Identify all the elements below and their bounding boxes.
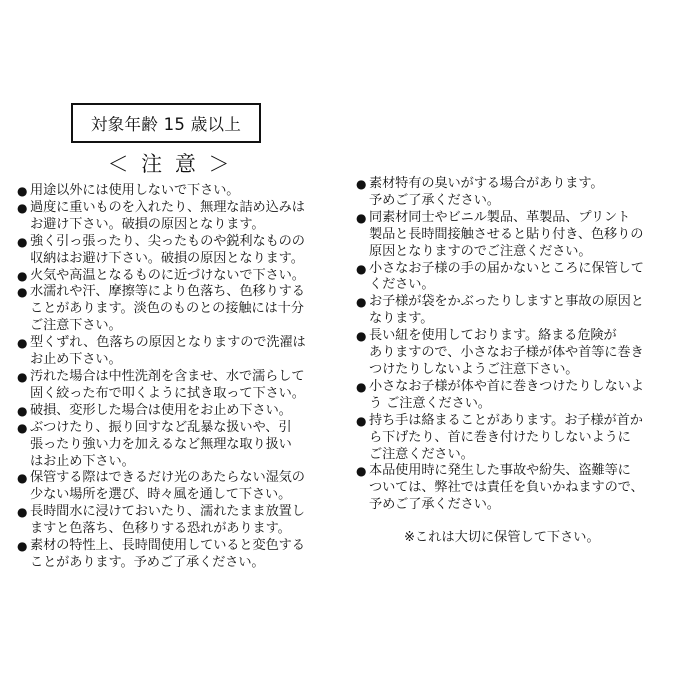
age-restriction-label: 対象年齢 15 歳以上 xyxy=(91,111,241,135)
caution-item-text: 型くずれ、色落ちの原因となりますので洗濯はお止め下さい。 xyxy=(30,335,337,369)
caution-line: 予めご了承ください。 xyxy=(369,193,676,210)
caution-line: 張ったり強い力を加えるなど無理な取り扱い xyxy=(30,437,337,454)
caution-line: ください。 xyxy=(369,277,676,294)
caution-item: ●火気や高温となるものに近づけないで下さい。 xyxy=(17,268,337,285)
caution-item-text: ぶつけたり、振り回すなど乱暴な扱いや、引張ったり強い力を加えるなど無理な取り扱い… xyxy=(30,420,337,471)
bullet-icon: ● xyxy=(17,200,30,234)
bullet-icon: ● xyxy=(17,504,30,538)
caution-item-text: 用途以外には使用しないで下さい。 xyxy=(30,183,337,200)
bullet-icon: ● xyxy=(17,420,30,471)
caution-item: ●強く引っ張ったり、尖ったものや鋭利なものの収納はお避け下さい。破損の原因となり… xyxy=(17,234,337,268)
caution-line: 同素材同士やビニル製品、革製品、プリント xyxy=(369,210,676,227)
bullet-icon: ● xyxy=(17,369,30,403)
caution-line: お避け下さい。破損の原因となります。 xyxy=(30,217,337,234)
caution-line: 火気や高温となるものに近づけないで下さい。 xyxy=(30,268,337,285)
bullet-icon: ● xyxy=(356,261,369,295)
caution-item-text: 長い紐を使用しております。絡まる危険がありますので、小さなお子様が体や首等に巻き… xyxy=(369,328,676,379)
bullet-icon: ● xyxy=(356,463,369,514)
caution-item-text: 破損、変形した場合は使用をお止め下さい。 xyxy=(30,403,337,420)
caution-item-text: 本品使用時に発生した事故や紛失、盗難等については、弊社では責任を負いかねますので… xyxy=(369,463,676,514)
bullet-icon: ● xyxy=(17,335,30,369)
caution-item-text: 水濡れや汗、摩擦等により色落ち、色移りすることがあります。淡色のものとの接触には… xyxy=(30,284,337,335)
bullet-icon: ● xyxy=(356,210,369,261)
caution-heading: ＜ 注 意 ＞ xyxy=(100,148,240,178)
caution-line: ら下げたり、首に巻き付けたりしないように xyxy=(369,430,676,447)
bullet-icon: ● xyxy=(356,413,369,464)
caution-item: ●小さなお子様の手の届かないところに保管してください。 xyxy=(356,261,676,295)
caution-item: ●ぶつけたり、振り回すなど乱暴な扱いや、引張ったり強い力を加えるなど無理な取り扱… xyxy=(17,420,337,471)
storage-footnote: ※これは大切に保管して下さい。 xyxy=(404,526,600,545)
caution-line: ぶつけたり、振り回すなど乱暴な扱いや、引 xyxy=(30,420,337,437)
caution-line: 素材特有の臭いがする場合があります。 xyxy=(369,176,676,193)
bullet-icon: ● xyxy=(356,328,369,379)
caution-item: ●素材特有の臭いがする場合があります。予めご了承ください。 xyxy=(356,176,676,210)
caution-item-text: 同素材同士やビニル製品、革製品、プリント製品と長時間接触させると貼り付き、色移り… xyxy=(369,210,676,261)
caution-item: ●用途以外には使用しないで下さい。 xyxy=(17,183,337,200)
caution-item: ●小さなお子様が体や首に巻きつけたりしないよう ご注意ください。 xyxy=(356,379,676,413)
caution-line: 小さなお子様が体や首に巻きつけたりしないよ xyxy=(369,379,676,396)
caution-item: ●保管する際はできるだけ光のあたらない湿気の少ない場所を選び、時々風を通して下さ… xyxy=(17,470,337,504)
caution-item-text: 過度に重いものを入れたり、無理な詰め込みはお避け下さい。破損の原因となります。 xyxy=(30,200,337,234)
caution-line: なります。 xyxy=(369,311,676,328)
caution-list-right: ●素材特有の臭いがする場合があります。予めご了承ください。●同素材同士やビニル製… xyxy=(356,176,676,514)
caution-line: 固く絞った布で叩くように拭き取って下さい。 xyxy=(30,386,337,403)
caution-line: 少ない場所を選び、時々風を通して下さい。 xyxy=(30,487,337,504)
caution-item: ●持ち手は絡まることがあります。お子様が首から下げたり、首に巻き付けたりしないよ… xyxy=(356,413,676,464)
caution-line: 製品と長時間接触させると貼り付き、色移りの xyxy=(369,227,676,244)
caution-item: ●素材の特性上、長時間使用していると変色することがあります。予めご了承ください。 xyxy=(17,538,337,572)
caution-item: ●本品使用時に発生した事故や紛失、盗難等については、弊社では責任を負いかねますの… xyxy=(356,463,676,514)
caution-line: 原因となりますのでご注意ください。 xyxy=(369,244,676,261)
caution-line: お止め下さい。 xyxy=(30,352,337,369)
caution-item-text: 強く引っ張ったり、尖ったものや鋭利なものの収納はお避け下さい。破損の原因となりま… xyxy=(30,234,337,268)
caution-item: ●長い紐を使用しております。絡まる危険がありますので、小さなお子様が体や首等に巻… xyxy=(356,328,676,379)
caution-item-text: 保管する際はできるだけ光のあたらない湿気の少ない場所を選び、時々風を通して下さい… xyxy=(30,470,337,504)
caution-line: お子様が袋をかぶったりしますと事故の原因と xyxy=(369,294,676,311)
caution-line: 過度に重いものを入れたり、無理な詰め込みは xyxy=(30,200,337,217)
caution-item-text: 汚れた場合は中性洗剤を含ませ、水で濡らして固く絞った布で叩くように拭き取って下さ… xyxy=(30,369,337,403)
bullet-icon: ● xyxy=(17,284,30,335)
caution-line: 長時間水に浸けておいたり、濡れたまま放置し xyxy=(30,504,337,521)
caution-line: ご注意下さい。 xyxy=(30,318,337,335)
caution-line: 長い紐を使用しております。絡まる危険が xyxy=(369,328,676,345)
caution-line: 持ち手は絡まることがあります。お子様が首か xyxy=(369,413,676,430)
caution-item: ●水濡れや汗、摩擦等により色落ち、色移りすることがあります。淡色のものとの接触に… xyxy=(17,284,337,335)
caution-line: つけたりしないようご注意下さい。 xyxy=(369,362,676,379)
caution-line: 本品使用時に発生した事故や紛失、盗難等に xyxy=(369,463,676,480)
caution-line: 破損、変形した場合は使用をお止め下さい。 xyxy=(30,403,337,420)
caution-line: 用途以外には使用しないで下さい。 xyxy=(30,183,337,200)
age-restriction-box: 対象年齢 15 歳以上 xyxy=(71,103,261,143)
caution-line: 強く引っ張ったり、尖ったものや鋭利なものの xyxy=(30,234,337,251)
bullet-icon: ● xyxy=(17,470,30,504)
caution-line: ことがあります。淡色のものとの接触には十分 xyxy=(30,301,337,318)
caution-line: ご注意ください。 xyxy=(369,447,676,464)
caution-item: ●汚れた場合は中性洗剤を含ませ、水で濡らして固く絞った布で叩くように拭き取って下… xyxy=(17,369,337,403)
caution-item-text: お子様が袋をかぶったりしますと事故の原因となります。 xyxy=(369,294,676,328)
bullet-icon: ● xyxy=(17,538,30,572)
caution-line: ますと色落ち、色移りする恐れがあります。 xyxy=(30,521,337,538)
bullet-icon: ● xyxy=(17,403,30,420)
caution-line: 小さなお子様の手の届かないところに保管して xyxy=(369,261,676,278)
caution-item: ●お子様が袋をかぶったりしますと事故の原因となります。 xyxy=(356,294,676,328)
bullet-icon: ● xyxy=(17,234,30,268)
caution-line: ついては、弊社では責任を負いかねますので、 xyxy=(369,480,676,497)
caution-line: はお止め下さい。 xyxy=(30,454,337,471)
caution-line: ことがあります。予めご了承ください。 xyxy=(30,555,337,572)
bullet-icon: ● xyxy=(356,294,369,328)
caution-line: 予めご了承ください。 xyxy=(369,497,676,514)
caution-line: 収納はお避け下さい。破損の原因となります。 xyxy=(30,251,337,268)
caution-list-left: ●用途以外には使用しないで下さい。●過度に重いものを入れたり、無理な詰め込みはお… xyxy=(17,183,337,572)
caution-line: 保管する際はできるだけ光のあたらない湿気の xyxy=(30,470,337,487)
caution-item-text: 小さなお子様が体や首に巻きつけたりしないよう ご注意ください。 xyxy=(369,379,676,413)
caution-item-text: 素材特有の臭いがする場合があります。予めご了承ください。 xyxy=(369,176,676,210)
caution-item-text: 火気や高温となるものに近づけないで下さい。 xyxy=(30,268,337,285)
caution-item-text: 持ち手は絡まることがあります。お子様が首から下げたり、首に巻き付けたりしないよう… xyxy=(369,413,676,464)
caution-line: 素材の特性上、長時間使用していると変色する xyxy=(30,538,337,555)
caution-item-text: 長時間水に浸けておいたり、濡れたまま放置しますと色落ち、色移りする恐れがあります… xyxy=(30,504,337,538)
bullet-icon: ● xyxy=(356,379,369,413)
caution-item-text: 素材の特性上、長時間使用していると変色することがあります。予めご了承ください。 xyxy=(30,538,337,572)
caution-line: 水濡れや汗、摩擦等により色落ち、色移りする xyxy=(30,284,337,301)
bullet-icon: ● xyxy=(17,183,30,200)
caution-item: ●破損、変形した場合は使用をお止め下さい。 xyxy=(17,403,337,420)
caution-item-text: 小さなお子様の手の届かないところに保管してください。 xyxy=(369,261,676,295)
caution-item: ●過度に重いものを入れたり、無理な詰め込みはお避け下さい。破損の原因となります。 xyxy=(17,200,337,234)
caution-line: 汚れた場合は中性洗剤を含ませ、水で濡らして xyxy=(30,369,337,386)
caution-item: ●同素材同士やビニル製品、革製品、プリント製品と長時間接触させると貼り付き、色移… xyxy=(356,210,676,261)
caution-item: ●型くずれ、色落ちの原因となりますので洗濯はお止め下さい。 xyxy=(17,335,337,369)
bullet-icon: ● xyxy=(17,268,30,285)
caution-line: 型くずれ、色落ちの原因となりますので洗濯は xyxy=(30,335,337,352)
caution-line: う ご注意ください。 xyxy=(369,396,676,413)
caution-line: ありますので、小さなお子様が体や首等に巻き xyxy=(369,345,676,362)
bullet-icon: ● xyxy=(356,176,369,210)
caution-item: ●長時間水に浸けておいたり、濡れたまま放置しますと色落ち、色移りする恐れがありま… xyxy=(17,504,337,538)
